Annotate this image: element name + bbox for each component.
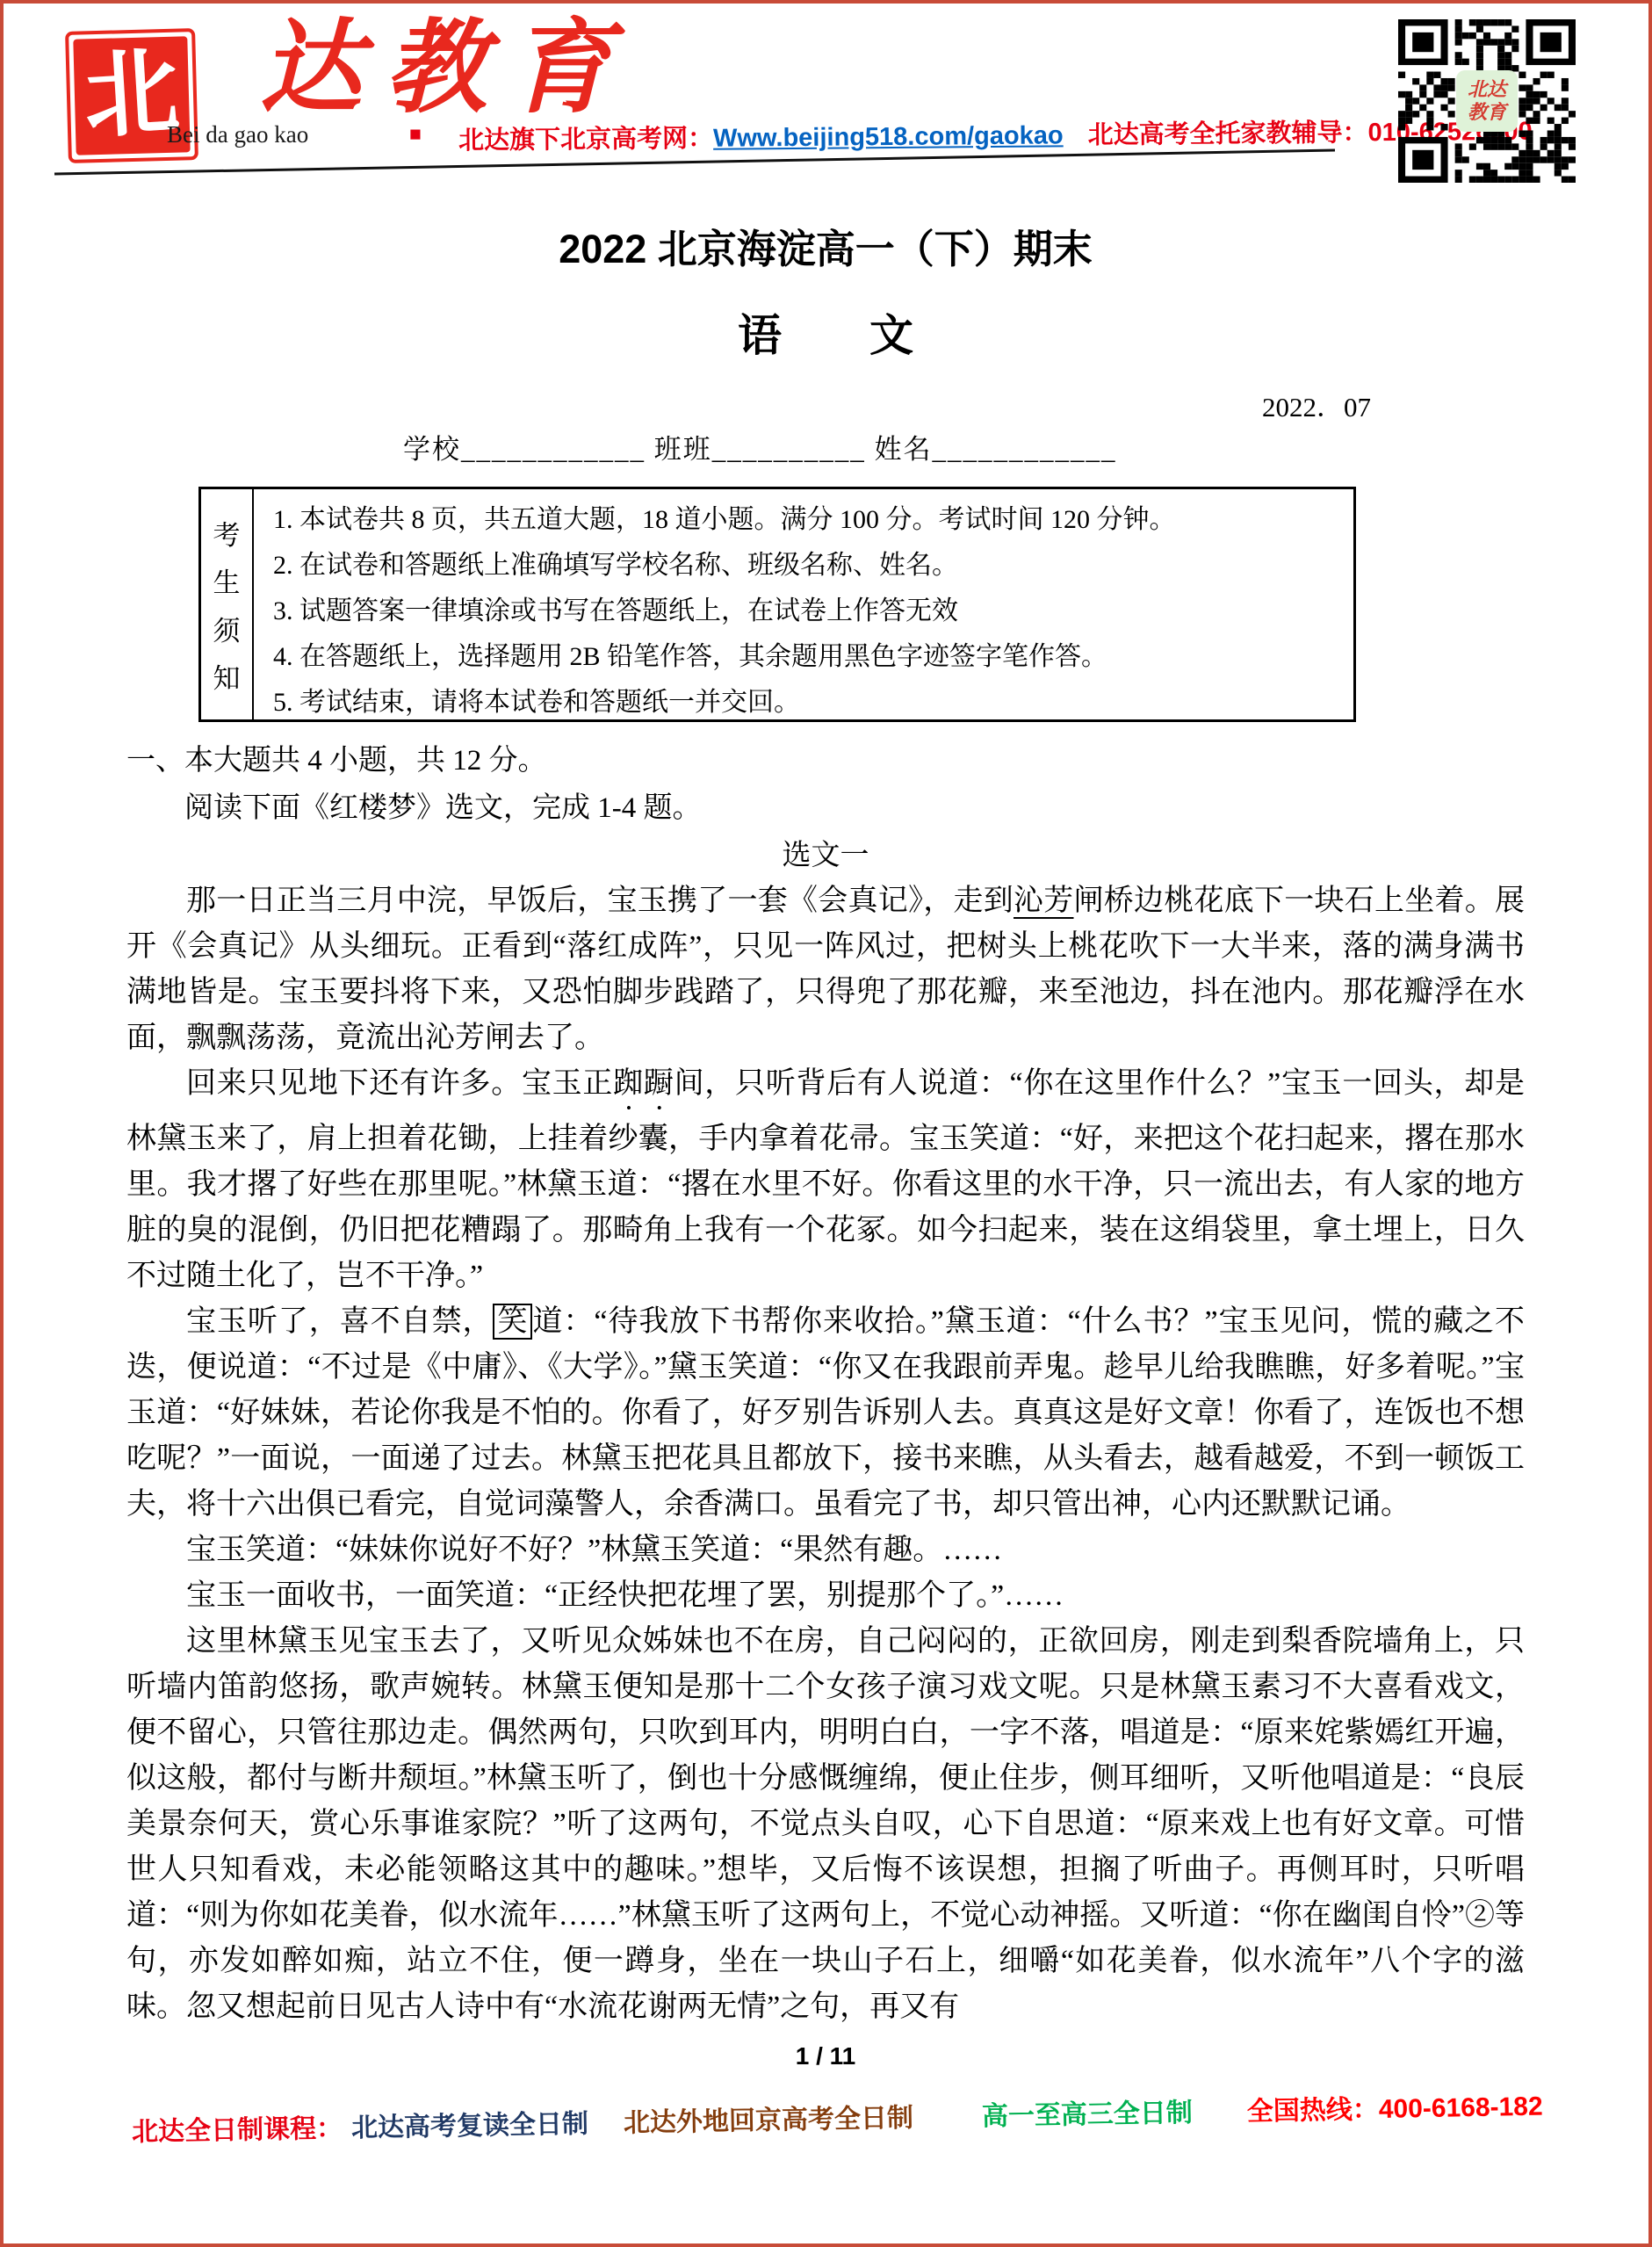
- footer-course-fulltime-repeat: 北达高考复读全日制: [351, 2101, 589, 2144]
- passage-paragraph: 这里林黛玉见宝玉去了，又听见众姊妹也不在房，自己闷闷的，正欲回房，刚走到梨香院墙…: [126, 1619, 1525, 2030]
- notice-label-char: 须: [213, 609, 241, 648]
- notice-item: 4. 在答题纸上，选择题用 2B 铅笔作答，其余题用黑色字迹签字笔作答。: [273, 634, 1345, 680]
- passage-intro: 阅读下面《红楼梦》选文，完成 1-4 题。: [126, 791, 1525, 826]
- notice-label-char: 考: [213, 513, 241, 553]
- passage-subtitle: 选文一: [126, 838, 1525, 873]
- notice-item: 1. 本试卷共 8 页，共五道大题，18 道小题。满分 100 分。考试时间 1…: [273, 497, 1345, 543]
- page-footer-banner: 北达全日制课程： 北达高考复读全日制 北达外地回京高考全日制 高一至高三全日制 …: [132, 2084, 1555, 2149]
- passage-text: 那一日正当三月中浣，早饭后，宝玉携了一套《会真记》，走到: [186, 885, 1014, 917]
- passage-paragraph: 回来只见地下还有许多。宝玉正踟蹰间，只听背后有人说道：“你在这里作什么？”宝玉一…: [126, 1061, 1525, 1299]
- passage-text-underline: 沁芳: [1014, 885, 1074, 917]
- exam-title: 2022 北京海淀高一（下）期末: [126, 227, 1525, 272]
- exam-subject: 语 文: [126, 311, 1525, 360]
- exam-page: { "header": { "seal_char": "北", "brand_s…: [0, 0, 1652, 2247]
- passage-text-dots: 踟蹰: [613, 1067, 674, 1100]
- page-header: 北 达教育 Bei da gao kao ■ 北达旗下北京高考网：Www.bei…: [4, 4, 1648, 204]
- passage-text: 间，只听背后有人说道：“你在这里作什么？”宝玉一回头，却是林黛玉来了，肩上担着花…: [126, 1067, 1525, 1292]
- footer-course-grades: 高一至高三全日制: [981, 2091, 1193, 2133]
- student-info-line: 学校____________ 班班__________ 姓名__________…: [403, 432, 1525, 467]
- qr-logo-bottom: 教育: [1468, 101, 1506, 124]
- qr-logo-top: 北达: [1468, 78, 1506, 101]
- passage-text: 这里林黛玉见宝玉去了，又听见众姊妹也不在房，自己闷闷的，正欲回房，刚走到梨香院墙…: [126, 1625, 1525, 2023]
- notice-item: 2. 在试卷和答题纸上准确填写学校名称、班级名称、姓名。: [273, 543, 1345, 589]
- section-heading: 一、本大题共 4 小题，共 12 分。: [126, 743, 1525, 778]
- passage-paragraph: 宝玉听了，喜不自禁，笑道：“待我放下书帮你来收拾。”黛玉道：“什么书？”宝玉见问…: [126, 1299, 1525, 1528]
- header-underline: [49, 141, 1340, 181]
- notice-item: 5. 考试结束，请将本试卷和答题纸一并交回。: [273, 680, 1345, 726]
- passage-text: 宝玉听了，喜不自禁，: [186, 1305, 493, 1338]
- qr-center-logo: 北达 教育: [1456, 70, 1518, 132]
- footer-hotline: 全国热线：400-6168-182: [1246, 2084, 1543, 2128]
- notice-table: 考 生 须 知 1. 本试卷共 8 页，共五道大题，18 道小题。满分 100 …: [198, 487, 1356, 722]
- notice-item: 3. 试题答案一律填涂或书写在答题纸上，在试卷上作答无效: [273, 589, 1345, 634]
- notice-label-cell: 考 生 须 知: [201, 489, 254, 719]
- exam-date: 2022．07: [126, 392, 1371, 423]
- footer-courses-label: 北达全日制课程：: [132, 2106, 343, 2149]
- passage-text: 宝玉笑道：“妹妹你说好不好？”林黛玉笑道：“果然有趣。……: [186, 1534, 1002, 1566]
- notice-label-char: 知: [213, 656, 241, 696]
- notice-list: 1. 本试卷共 8 页，共五道大题，18 道小题。满分 100 分。考试时间 1…: [254, 489, 1353, 719]
- page-number: 1 / 11: [126, 2042, 1525, 2070]
- passage-text: 宝玉一面收书，一面笑道：“正经快把花埋了罢，别提那个了。”……: [186, 1579, 1064, 1612]
- passage-paragraph: 宝玉一面收书，一面笑道：“正经快把花埋了罢，别提那个了。”……: [126, 1573, 1525, 1619]
- passage-text-box: 笑: [493, 1304, 532, 1340]
- footer-course-return-beijing: 北达外地回京高考全日制: [624, 2096, 914, 2140]
- passage: 那一日正当三月中浣，早饭后，宝玉携了一套《会真记》，走到沁芳闸桥边桃花底下一块石…: [126, 878, 1525, 2030]
- brand-calligraphy: 达教育: [260, 9, 634, 131]
- passage-paragraph: 那一日正当三月中浣，早饭后，宝玉携了一套《会真记》，走到沁芳闸桥边桃花底下一块石…: [126, 878, 1525, 1061]
- notice-label-char: 生: [213, 560, 241, 600]
- qr-code: 北达 教育: [1398, 19, 1576, 183]
- passage-text: 回来只见地下还有许多。宝玉正: [186, 1067, 613, 1100]
- page-content: 2022 北京海淀高一（下）期末 语 文 2022．07 学校_________…: [4, 227, 1648, 2070]
- passage-paragraph: 宝玉笑道：“妹妹你说好不好？”林黛玉笑道：“果然有趣。……: [126, 1528, 1525, 1573]
